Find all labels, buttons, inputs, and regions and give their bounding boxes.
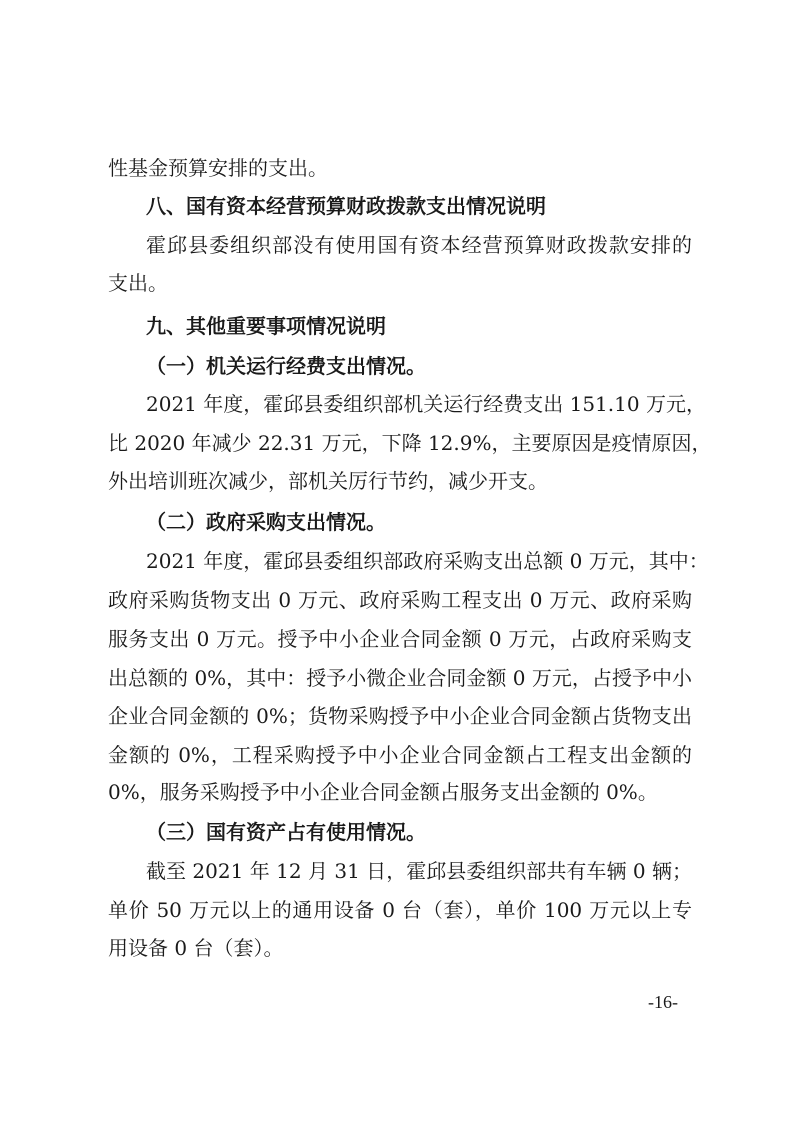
subheading-3: （三）国有资产占有使用情况。 <box>146 820 692 844</box>
paragraph-line: 单价 50 万元以上的通用设备 0 台（套），单价 100 万元以上专 <box>108 898 692 922</box>
subheading-1: （一）机关运行经费支出情况。 <box>146 354 692 378</box>
paragraph-line: 比 2020 年减少 22.31 万元，下降 12.9%，主要原因是疫情原因， <box>108 431 692 455</box>
subheading-2: （二）政府采购支出情况。 <box>146 510 692 534</box>
paragraph-line: 截至 2021 年 12 月 31 日，霍邱县委组织部共有车辆 0 辆； <box>146 859 692 883</box>
page-number: -16- <box>648 992 678 1013</box>
paragraph-line: 企业合同金额的 0%；货物采购授予中小企业合同金额占货物支出 <box>108 704 692 728</box>
paragraph-line: 2021 年度，霍邱县委组织部政府采购支出总额 0 万元，其中： <box>146 549 692 573</box>
section-heading-8: 八、国有资本经营预算财政拨款支出情况说明 <box>146 194 692 218</box>
paragraph-line: 外出培训班次减少，部机关厉行节约，减少开支。 <box>108 469 692 493</box>
paragraph-line: 金额的 0%，工程采购授予中小企业合同金额占工程支出金额的 <box>108 743 692 767</box>
paragraph-line: 支出。 <box>108 271 692 295</box>
paragraph-line: 2021 年度，霍邱县委组织部机关运行经费支出 151.10 万元， <box>146 392 692 416</box>
paragraph-line: 用设备 0 台（套）。 <box>108 936 692 960</box>
paragraph-line: 0%，服务采购授予中小企业合同金额占服务支出金额的 0%。 <box>108 780 692 804</box>
document-page: 性基金预算安排的支出。 八、国有资本经营预算财政拨款支出情况说明 霍邱县委组织部… <box>0 0 793 1122</box>
paragraph-line: 性基金预算安排的支出。 <box>108 156 692 180</box>
paragraph-line: 服务支出 0 万元。授予中小企业合同金额 0 万元，占政府采购支 <box>108 627 692 651</box>
paragraph-line: 霍邱县委组织部没有使用国有资本经营预算财政拨款安排的 <box>146 233 692 257</box>
paragraph-line: 出总额的 0%，其中：授予小微企业合同金额 0 万元，占授予中小 <box>108 666 692 690</box>
section-heading-9: 九、其他重要事项情况说明 <box>146 314 692 338</box>
paragraph-line: 政府采购货物支出 0 万元、政府采购工程支出 0 万元、政府采购 <box>108 588 692 612</box>
